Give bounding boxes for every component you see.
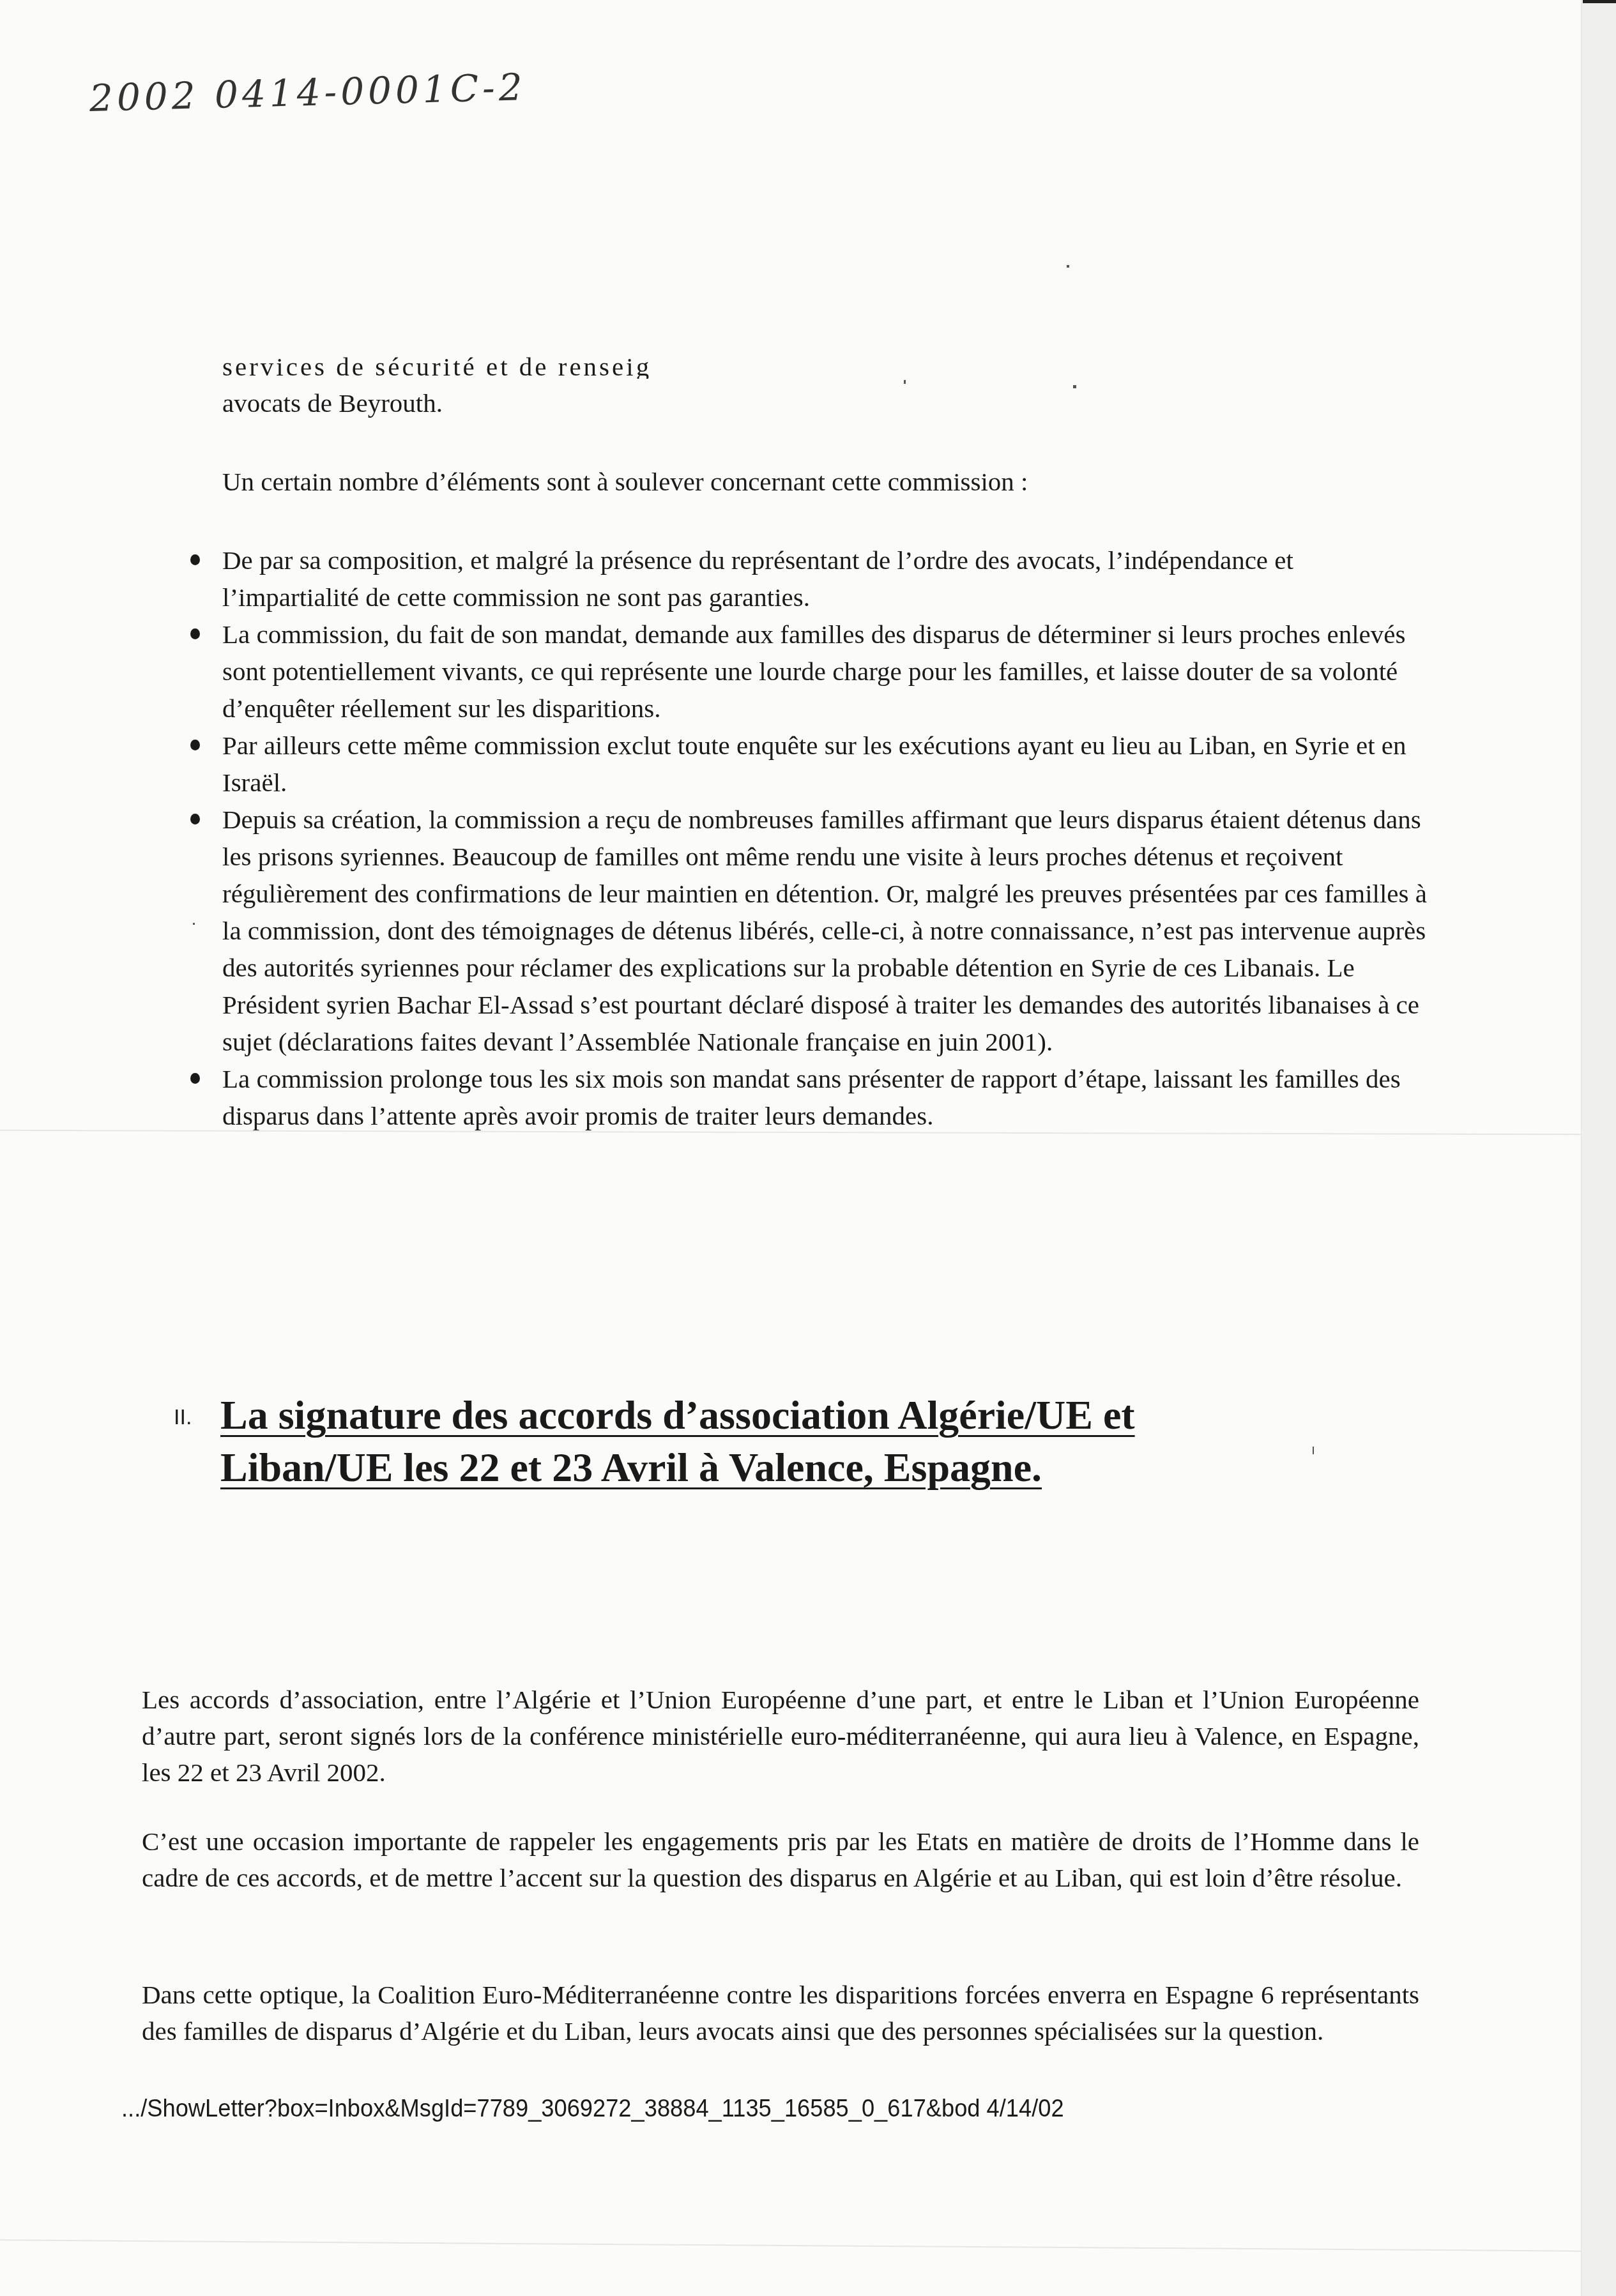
print-footer: .../ShowLetter?box=Inbox&MsgId=7789_3069… xyxy=(121,2095,1064,2123)
bullet-icon xyxy=(190,814,200,825)
list-item-text: Par ailleurs cette même commission exclu… xyxy=(222,731,1406,797)
footer-url: .../ShowLetter?box=Inbox&MsgId=7789_3069… xyxy=(121,2095,980,2122)
section-title-line2: Liban/UE les 22 et 23 Avril à Valence, E… xyxy=(220,1441,1042,1494)
list-item: De par sa composition, et malgré la prés… xyxy=(222,542,1417,616)
scan-speck xyxy=(1067,265,1069,268)
bullet-icon xyxy=(190,628,200,639)
paragraph-accords: Les accords d’association, entre l’Algér… xyxy=(142,1682,1419,1791)
list-item: Par ailleurs cette même commission exclu… xyxy=(222,727,1423,801)
scan-speck xyxy=(1073,385,1076,388)
footer-date: 4/14/02 xyxy=(987,2095,1064,2122)
paper-fold-line xyxy=(0,2239,1581,2251)
section-heading: La signature des accords d’association A… xyxy=(220,1389,1357,1494)
list-item: La commission, du fait de son mandat, de… xyxy=(222,616,1410,727)
list-item-text: La commission prolonge tous les six mois… xyxy=(222,1064,1401,1130)
top-fragment-line2: avocats de Beyrouth. xyxy=(222,384,443,422)
commission-concerns-list: De par sa composition, et malgré la prés… xyxy=(222,542,1436,1134)
list-item-text: De par sa composition, et malgré la prés… xyxy=(222,545,1293,612)
section-title-line1: La signature des accords d’association A… xyxy=(220,1389,1135,1441)
scan-speck xyxy=(193,923,195,925)
paragraph-coalition: Dans cette optique, la Coalition Euro-Mé… xyxy=(142,1977,1419,2049)
list-item: Depuis sa création, la commission a reçu… xyxy=(222,801,1429,1060)
handwritten-annotation: 2002 0414-0001C-2 xyxy=(89,65,526,120)
list-item-text: Depuis sa création, la commission a reçu… xyxy=(222,805,1427,1056)
list-item: La commission prolonge tous les six mois… xyxy=(222,1060,1429,1134)
bullet-icon xyxy=(190,1073,200,1084)
scanned-page: 2002 0414-0001C-2 services de sécurité e… xyxy=(0,0,1581,2296)
list-item-text: La commission, du fait de son mandat, de… xyxy=(222,620,1405,723)
section-number: II. xyxy=(174,1405,192,1430)
scanner-bed-edge xyxy=(1581,0,1616,2296)
top-fragment-line1: services de sécurité et de renseig xyxy=(222,348,652,379)
scanner-corner-shadow xyxy=(1583,0,1616,3)
bullet-icon xyxy=(190,740,200,750)
scan-speck xyxy=(904,380,906,384)
scan-speck xyxy=(1313,1447,1314,1454)
paragraph-occasion: C’est une occasion importante de rappele… xyxy=(142,1823,1419,1896)
bullet-icon xyxy=(190,554,200,565)
intro-sentence: Un certain nombre d’éléments sont à soul… xyxy=(222,463,1028,501)
